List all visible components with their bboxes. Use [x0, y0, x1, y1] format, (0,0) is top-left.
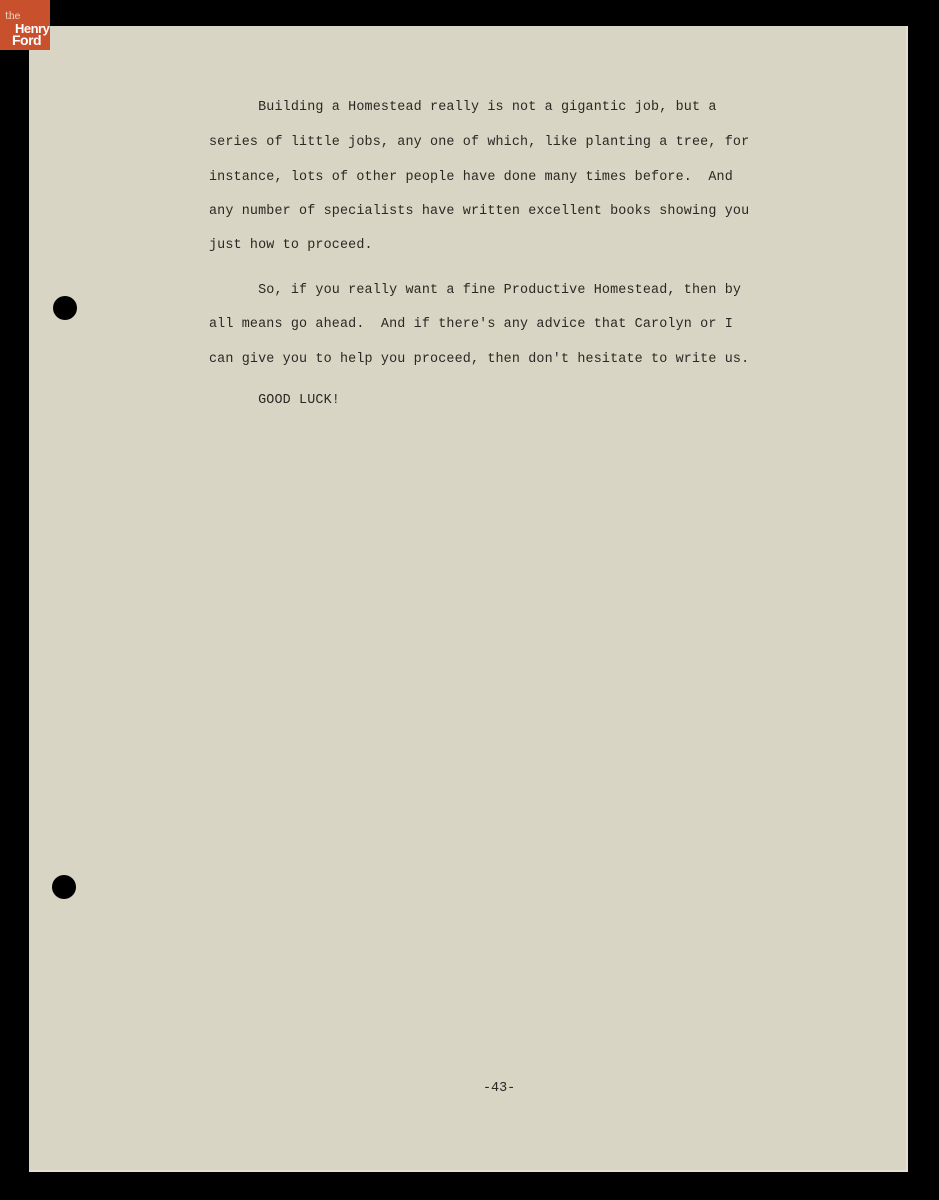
paragraph-1-line-3: instance, lots of other people have done… — [209, 170, 733, 185]
paragraph-2-line-1: So, if you really want a fine Productive… — [209, 283, 741, 298]
logo-ford: Ford — [12, 33, 41, 47]
closing-good-luck: GOOD LUCK! — [209, 393, 340, 408]
paragraph-2-line-2: all means go ahead. And if there's any a… — [209, 317, 733, 332]
page-number: -43- — [483, 1081, 515, 1096]
paragraph-1-line-1: Building a Homestead really is not a gig… — [209, 100, 717, 115]
document-page — [29, 26, 908, 1172]
henry-ford-logo: the Henry Ford — [0, 0, 50, 50]
paragraph-1-line-2: series of little jobs, any one of which,… — [209, 135, 749, 150]
paragraph-1-line-5: just how to proceed. — [209, 238, 373, 253]
paragraph-2-line-3: can give you to help you proceed, then d… — [209, 352, 749, 367]
paragraph-1-line-4: any number of specialists have written e… — [209, 204, 749, 219]
punch-hole-icon — [52, 875, 76, 899]
punch-hole-icon — [53, 296, 77, 320]
